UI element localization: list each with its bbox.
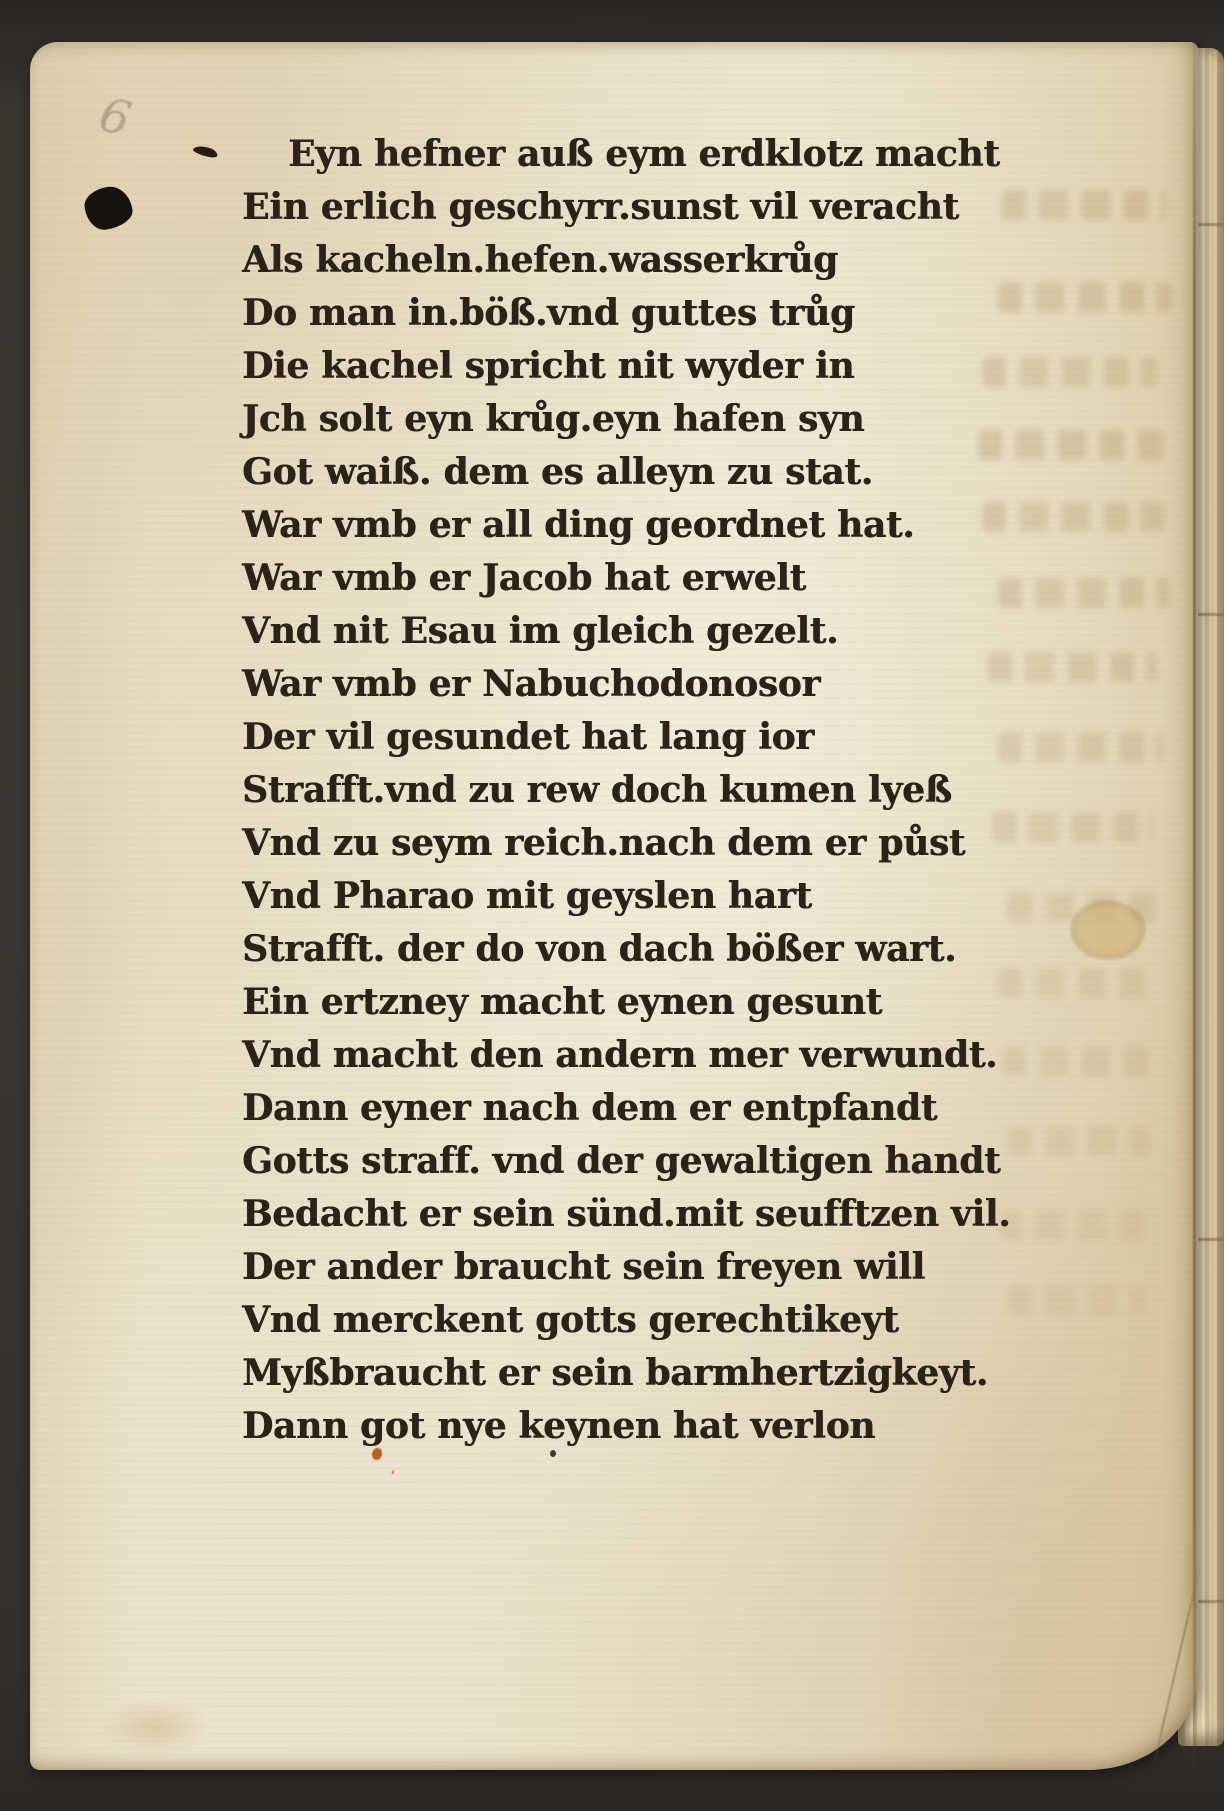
poem-line: Vnd nit Esau im gleich gezelt.	[242, 605, 1072, 658]
pencil-page-number: 6	[94, 87, 136, 148]
poem-line: Gotts straff. vnd der gewaltigen handt	[242, 1135, 1072, 1188]
poem-line: Bedacht er sein sünd.mit seufftzen vil.	[242, 1188, 1072, 1241]
poem-line: Dann got nye keynen hat verlon	[242, 1400, 1072, 1453]
poem-line: Myßbraucht er sein barmhertzigkeyt.	[242, 1347, 1072, 1400]
poem-line: Vnd macht den andern mer verwundt.	[242, 1029, 1072, 1082]
gutter-crease	[1193, 42, 1196, 1770]
poem-line: Jch solt eyn krůg.eyn hafen syn	[242, 393, 1072, 446]
poem-line: Strafft. der do von dach bößer wart.	[242, 923, 1072, 976]
poem-line: Der vil gesundet hat lang ior	[242, 711, 1072, 764]
poem-line: Strafft.vnd zu rew doch kumen lyeß	[242, 764, 1072, 817]
poem-text: Eyn hefner auß eym erdklotz machtEin erl…	[242, 128, 1072, 1453]
poem-line: Got waiß. dem es alleyn zu stat.	[242, 446, 1072, 499]
poem-line: War vmb er Jacob hat erwelt	[242, 552, 1072, 605]
ink-blot	[82, 184, 134, 232]
book-page: 6 Eyn hefner auß eym erdklotz machtEin e…	[30, 42, 1198, 1770]
poem-line: Do man in.böß.vnd guttes trůg	[242, 287, 1072, 340]
book-page-photo: 6 Eyn hefner auß eym erdklotz machtEin e…	[0, 0, 1224, 1811]
paper-stain	[100, 1697, 210, 1757]
poem-line: War vmb er all ding geordnet hat.	[242, 499, 1072, 552]
poem-line: Eyn hefner auß eym erdklotz macht	[242, 128, 1072, 181]
poem-line: Als kacheln.hefen.wasserkrůg	[242, 234, 1072, 287]
poem-line: Dann eyner nach dem er entpfandt	[242, 1082, 1072, 1135]
poem-line: Ein ertzney macht eynen gesunt	[242, 976, 1072, 1029]
poem-line: Vnd merckent gotts gerechtikeyt	[242, 1294, 1072, 1347]
margin-dash-mark	[192, 144, 219, 160]
paper-stain	[1070, 900, 1146, 960]
poem-line: Der ander braucht sein freyen will	[242, 1241, 1072, 1294]
poem-line: Vnd Pharao mit geyslen hart	[242, 870, 1072, 923]
poem-line: Ein erlich geschyrr.sunst vil veracht	[242, 181, 1072, 234]
poem-line: Die kachel spricht nit wyder in	[242, 340, 1072, 393]
poem-line: Vnd zu seym reich.nach dem er půst	[242, 817, 1072, 870]
poem-line: War vmb er Nabuchodonosor	[242, 658, 1072, 711]
